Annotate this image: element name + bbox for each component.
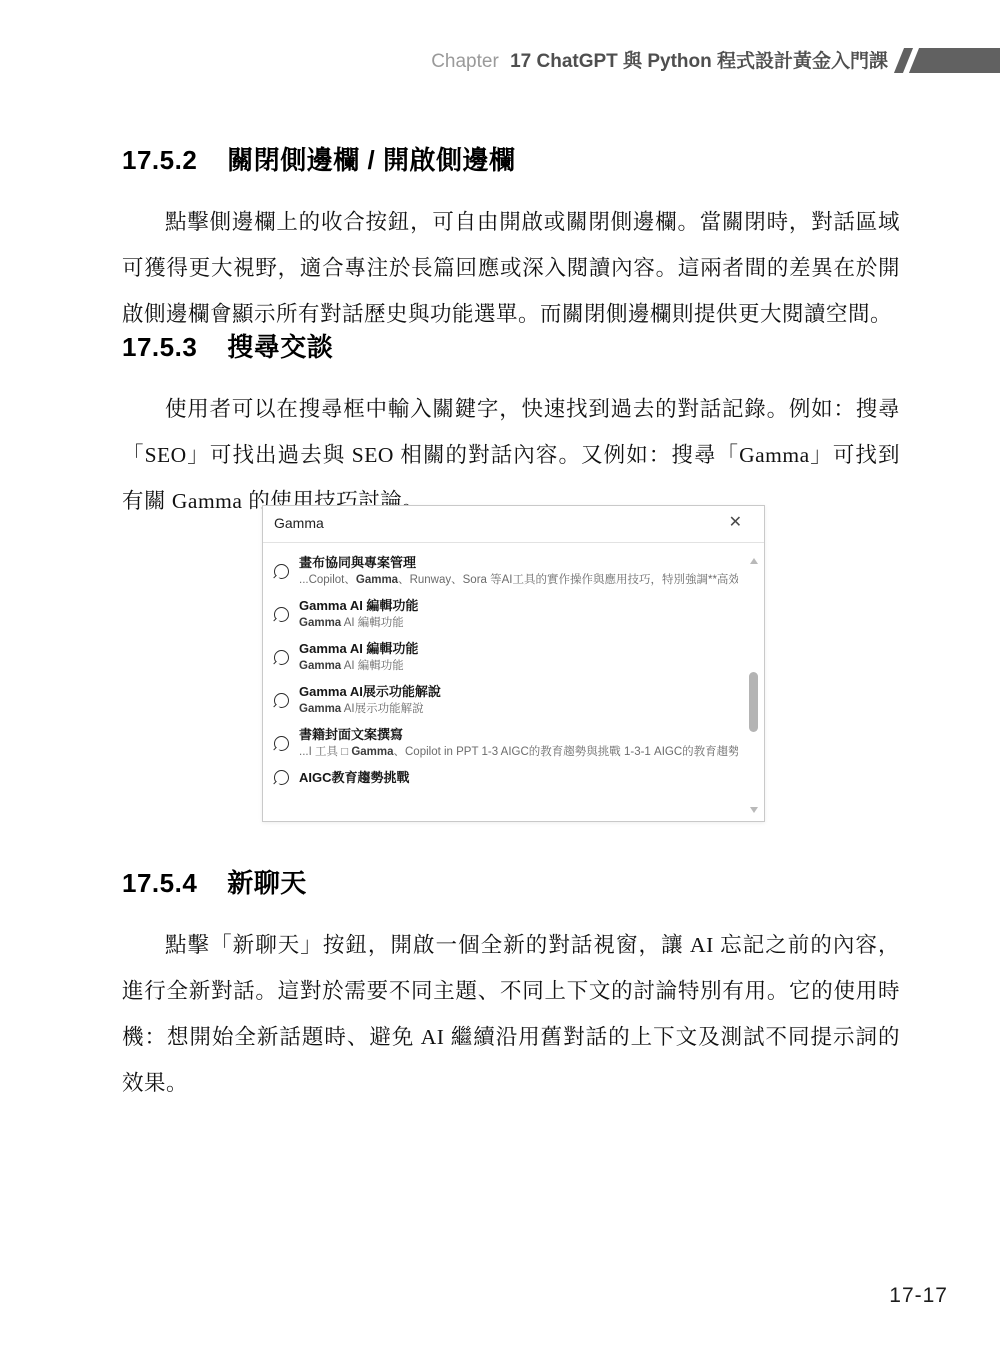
- search-dialog-screenshot: Gamma ✕ 畫布協同與專案管理 ...Copilot、Gamma、Runwa…: [262, 505, 765, 822]
- chat-bubble-icon: [274, 736, 289, 751]
- section-paragraph: 使用者可以在搜尋框中輸入關鍵字，快速找到過去的對話記錄。例如：搜尋「SEO」可找…: [122, 386, 900, 524]
- section-paragraph: 點擊側邊欄上的收合按鈕，可自由開啟或關閉側邊欄。當關閉時，對話區域可獲得更大視野…: [122, 199, 900, 337]
- search-results-list: 畫布協同與專案管理 ...Copilot、Gamma、Runway、Sora 等…: [263, 543, 764, 822]
- search-result-item[interactable]: 書籍封面文案撰寫 ...I 工具 □ Gamma、Copilot in PPT …: [274, 725, 738, 761]
- snippet-post: AI 編輯功能: [341, 617, 404, 629]
- snippet-post: AI 編輯功能: [341, 660, 404, 672]
- scroll-down-icon[interactable]: [750, 807, 758, 813]
- result-snippet: Gamma AI 編輯功能: [299, 658, 418, 675]
- close-icon[interactable]: ✕: [729, 513, 742, 533]
- section-17-5-3: 17.5.3搜尋交談 使用者可以在搜尋框中輸入關鍵字，快速找到過去的對話記錄。例…: [122, 327, 900, 524]
- search-result-item[interactable]: Gamma AI 編輯功能 Gamma AI 編輯功能: [274, 639, 738, 675]
- result-snippet: ...Copilot、Gamma、Runway、Sora 等AI工具的實作操作與…: [299, 572, 738, 589]
- chapter-title: 17 ChatGPT 與 Python 程式設計黃金入門課: [510, 51, 888, 72]
- snippet-highlight: Gamma: [299, 703, 341, 715]
- snippet-post: 、Copilot in PPT 1-3 AIGC的教育趨勢與挑戰 1-3-1 A…: [394, 746, 739, 758]
- results-scrollbar[interactable]: [748, 544, 760, 821]
- result-title: 書籍封面文案撰寫: [299, 725, 738, 744]
- snippet-post: AI展示功能解說: [341, 703, 423, 715]
- chapter-heading: Chapter 17 ChatGPT 與 Python 程式設計黃金入門課: [431, 46, 888, 73]
- section-17-5-2: 17.5.2關閉側邊欄 / 開啟側邊欄 點擊側邊欄上的收合按鈕，可自由開啟或關閉…: [122, 140, 900, 337]
- section-17-5-4: 17.5.4新聊天 點擊「新聊天」按鈕，開啟一個全新的對話視窗，讓 AI 忘記之…: [122, 863, 900, 1106]
- search-result-item[interactable]: 畫布協同與專案管理 ...Copilot、Gamma、Runway、Sora 等…: [274, 553, 738, 589]
- result-text: AIGC教育趨勢挑戰: [299, 768, 410, 787]
- snippet-highlight: Gamma: [299, 660, 341, 672]
- section-number: 17.5.2: [122, 145, 197, 175]
- snippet-pre: ...Copilot、: [299, 574, 356, 586]
- search-result-item[interactable]: Gamma AI 編輯功能 Gamma AI 編輯功能: [274, 596, 738, 632]
- snippet-highlight: Gamma: [299, 617, 341, 629]
- chat-bubble-icon: [274, 693, 289, 708]
- result-title: Gamma AI 編輯功能: [299, 639, 418, 658]
- header-bar: [909, 48, 1000, 73]
- result-snippet: Gamma AI 編輯功能: [299, 615, 418, 632]
- chat-bubble-icon: [274, 564, 289, 579]
- section-heading: 17.5.2關閉側邊欄 / 開啟側邊欄: [122, 140, 900, 177]
- result-snippet: ...I 工具 □ Gamma、Copilot in PPT 1-3 AIGC的…: [299, 744, 738, 761]
- result-text: 畫布協同與專案管理 ...Copilot、Gamma、Runway、Sora 等…: [299, 553, 738, 589]
- search-result-item[interactable]: Gamma AI展示功能解說 Gamma AI展示功能解說: [274, 682, 738, 718]
- search-bar: Gamma ✕: [263, 506, 764, 543]
- result-text: Gamma AI展示功能解說 Gamma AI展示功能解說: [299, 682, 441, 718]
- snippet-pre: ...I 工具 □: [299, 746, 351, 758]
- result-text: Gamma AI 編輯功能 Gamma AI 編輯功能: [299, 639, 418, 675]
- search-result-item[interactable]: AIGC教育趨勢挑戰: [274, 768, 738, 787]
- section-paragraph: 點擊「新聊天」按鈕，開啟一個全新的對話視窗，讓 AI 忘記之前的內容，進行全新對…: [122, 922, 900, 1106]
- section-number: 17.5.4: [122, 868, 197, 898]
- result-title: 畫布協同與專案管理: [299, 553, 738, 572]
- result-text: 書籍封面文案撰寫 ...I 工具 □ Gamma、Copilot in PPT …: [299, 725, 738, 761]
- section-title: 新聊天: [227, 868, 307, 898]
- result-title: Gamma AI 編輯功能: [299, 596, 418, 615]
- page-number: 17-17: [889, 1284, 948, 1308]
- snippet-highlight: Gamma: [356, 574, 398, 586]
- section-number: 17.5.3: [122, 332, 197, 362]
- result-snippet: Gamma AI展示功能解說: [299, 701, 441, 718]
- chat-bubble-icon: [274, 770, 289, 785]
- scroll-up-icon[interactable]: [750, 558, 758, 564]
- chat-bubble-icon: [274, 650, 289, 665]
- result-title: Gamma AI展示功能解說: [299, 682, 441, 701]
- snippet-highlight: Gamma: [351, 746, 393, 758]
- running-header: Chapter 17 ChatGPT 與 Python 程式設計黃金入門課: [0, 44, 1000, 76]
- book-page: Chapter 17 ChatGPT 與 Python 程式設計黃金入門課 17…: [0, 0, 1000, 1353]
- scrollbar-thumb[interactable]: [749, 672, 758, 732]
- section-heading: 17.5.3搜尋交談: [122, 327, 900, 364]
- result-text: Gamma AI 編輯功能 Gamma AI 編輯功能: [299, 596, 418, 632]
- chat-bubble-icon: [274, 607, 289, 622]
- snippet-post: 、Runway、Sora 等AI工具的實作操作與應用技巧，特別強調**高效工作術…: [398, 574, 738, 586]
- chapter-label: Chapter: [431, 51, 499, 72]
- section-title: 搜尋交談: [227, 332, 333, 362]
- search-input[interactable]: Gamma: [274, 515, 324, 531]
- result-title: AIGC教育趨勢挑戰: [299, 768, 410, 787]
- section-title: 關閉側邊欄 / 開啟側邊欄: [227, 145, 515, 175]
- section-heading: 17.5.4新聊天: [122, 863, 900, 900]
